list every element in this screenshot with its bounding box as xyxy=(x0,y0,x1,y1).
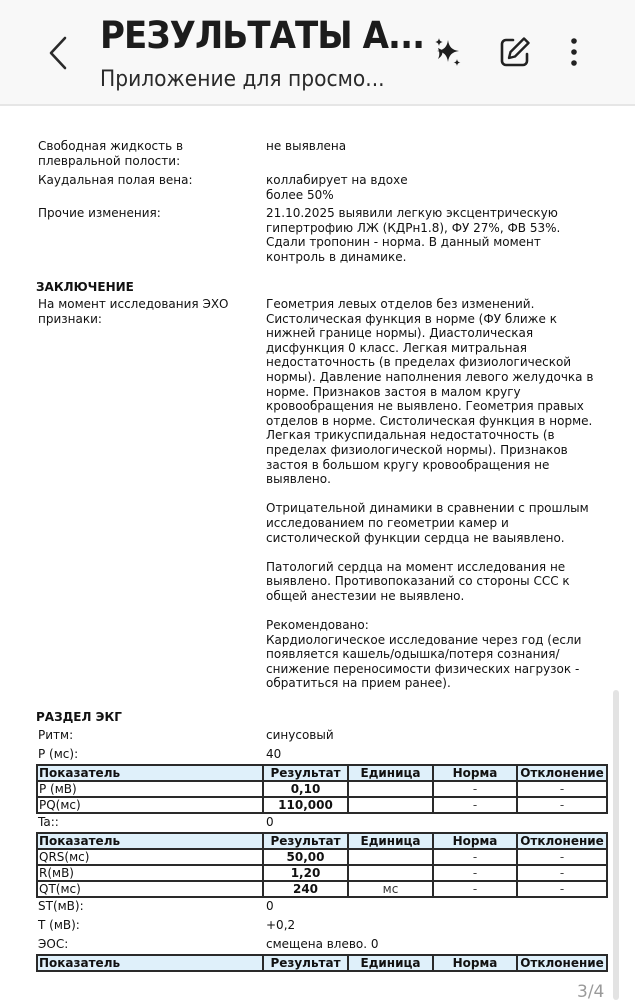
cell-unit xyxy=(348,781,433,797)
cell-name: QT(мс) xyxy=(37,881,263,897)
conclusion-paragraph: Патологий сердца на момент исследования … xyxy=(266,560,602,604)
cell-deviation: - xyxy=(517,849,607,865)
field-label: ST(мВ): xyxy=(38,899,253,914)
table-header-row: Показатель Результат Единица Норма Откло… xyxy=(37,765,607,781)
conclusion-paragraph: Геометрия левых отделов без изменений. С… xyxy=(266,297,602,487)
column-header: Отклонение xyxy=(517,765,607,781)
cell-norm: - xyxy=(433,797,517,813)
field-value: 40 xyxy=(266,747,611,762)
table-row: R(мВ) 1,20 - - xyxy=(37,865,607,881)
column-header: Результат xyxy=(263,833,348,849)
field-value: 0 xyxy=(266,899,611,914)
ai-sparkle-icon xyxy=(430,34,466,70)
section-title-conclusion: ЗАКЛЮЧЕНИЕ xyxy=(36,280,134,295)
conclusion-paragraph: Отрицательной динамики в сравнении с про… xyxy=(266,501,602,545)
field-value: 0 xyxy=(266,815,611,830)
ekg-table-qrs-r-qt: Показатель Результат Единица Норма Откло… xyxy=(36,832,608,898)
column-header: Результат xyxy=(263,955,348,971)
field-value: синусовый xyxy=(266,728,611,743)
table-row: QRS(мс) 50,00 - - xyxy=(37,849,607,865)
column-header: Единица xyxy=(348,833,433,849)
section-title-ekg: РАЗДЕЛ ЭКГ xyxy=(36,710,122,725)
field-value: коллабирует на вдохе более 50% xyxy=(266,173,416,202)
cell-deviation: - xyxy=(517,881,607,897)
ekg-table-p-pq: Показатель Результат Единица Норма Откло… xyxy=(36,764,608,814)
document-subtitle: Приложение для просмо... xyxy=(100,67,385,92)
column-header: Норма xyxy=(433,955,517,971)
table-header-row: Показатель Результат Единица Норма Откло… xyxy=(37,955,607,971)
field-value: 21.10.2025 выявили легкую эксцентрическу… xyxy=(266,206,576,264)
column-header: Результат xyxy=(263,765,348,781)
column-header: Единица xyxy=(348,765,433,781)
column-header: Показатель xyxy=(37,833,263,849)
cell-norm: - xyxy=(433,881,517,897)
table-row: PQ(мс) 110,000 - - xyxy=(37,797,607,813)
app-bar: РЕЗУЛЬТАТЫ А... Приложение для просмо... xyxy=(0,0,635,106)
field-value: смещена влево. 0 xyxy=(266,937,611,952)
column-header: Показатель xyxy=(37,955,263,971)
table-row: P (мВ) 0,10 - - xyxy=(37,781,607,797)
cell-result: 0,10 xyxy=(263,781,348,797)
edit-icon xyxy=(497,34,533,70)
back-button[interactable] xyxy=(40,30,80,76)
more-vert-icon xyxy=(556,34,592,70)
cell-name: P (мВ) xyxy=(37,781,263,797)
column-header: Отклонение xyxy=(517,955,607,971)
document-page: Свободная жидкость в плевральной полости… xyxy=(0,108,635,1000)
field-value: не выявлена xyxy=(266,139,611,154)
field-label: Ta:: xyxy=(38,815,253,830)
cell-norm: - xyxy=(433,865,517,881)
cell-unit xyxy=(348,865,433,881)
page-indicator: 3/4 xyxy=(577,982,604,1000)
column-header: Норма xyxy=(433,833,517,849)
cell-name: QRS(мс) xyxy=(37,849,263,865)
back-chevron-icon xyxy=(40,30,80,76)
cell-unit xyxy=(348,849,433,865)
cell-result: 1,20 xyxy=(263,865,348,881)
column-header: Норма xyxy=(433,765,517,781)
scrollbar[interactable] xyxy=(613,690,619,1000)
cell-deviation: - xyxy=(517,781,607,797)
field-value: +0,2 xyxy=(266,918,611,933)
field-label: Ритм: xyxy=(38,728,253,743)
column-header: Единица xyxy=(348,955,433,971)
edit-button[interactable] xyxy=(497,34,533,70)
field-label: Каудальная полая вена: xyxy=(38,173,253,188)
cell-deviation: - xyxy=(517,865,607,881)
cell-name: PQ(мс) xyxy=(37,797,263,813)
table-row: QT(мс) 240 мс - - xyxy=(37,881,607,897)
cell-norm: - xyxy=(433,849,517,865)
cell-result: 240 xyxy=(263,881,348,897)
field-label: ЭОС: xyxy=(38,937,253,952)
column-header: Отклонение xyxy=(517,833,607,849)
document-title: РЕЗУЛЬТАТЫ А... xyxy=(100,14,424,57)
field-label: T (мВ): xyxy=(38,918,253,933)
conclusion-recommendation: Рекомендовано: Кардиологическое исследов… xyxy=(266,618,602,691)
cell-unit xyxy=(348,797,433,813)
cell-norm: - xyxy=(433,781,517,797)
field-label: Свободная жидкость в плевральной полости… xyxy=(38,139,218,168)
field-label: P (мс): xyxy=(38,747,253,762)
cell-result: 110,000 xyxy=(263,797,348,813)
ekg-table-next: Показатель Результат Единица Норма Откло… xyxy=(36,954,608,972)
conclusion-text: Геометрия левых отделов без изменений. С… xyxy=(266,297,602,691)
table-header-row: Показатель Результат Единица Норма Откло… xyxy=(37,833,607,849)
more-options-button[interactable] xyxy=(556,34,592,70)
cell-result: 50,00 xyxy=(263,849,348,865)
cell-unit: мс xyxy=(348,881,433,897)
ai-assist-button[interactable] xyxy=(430,34,466,70)
field-label: На момент исследования ЭХО признаки: xyxy=(38,297,263,326)
field-label: Прочие изменения: xyxy=(38,206,253,221)
cell-name: R(мВ) xyxy=(37,865,263,881)
cell-deviation: - xyxy=(517,797,607,813)
column-header: Показатель xyxy=(37,765,263,781)
